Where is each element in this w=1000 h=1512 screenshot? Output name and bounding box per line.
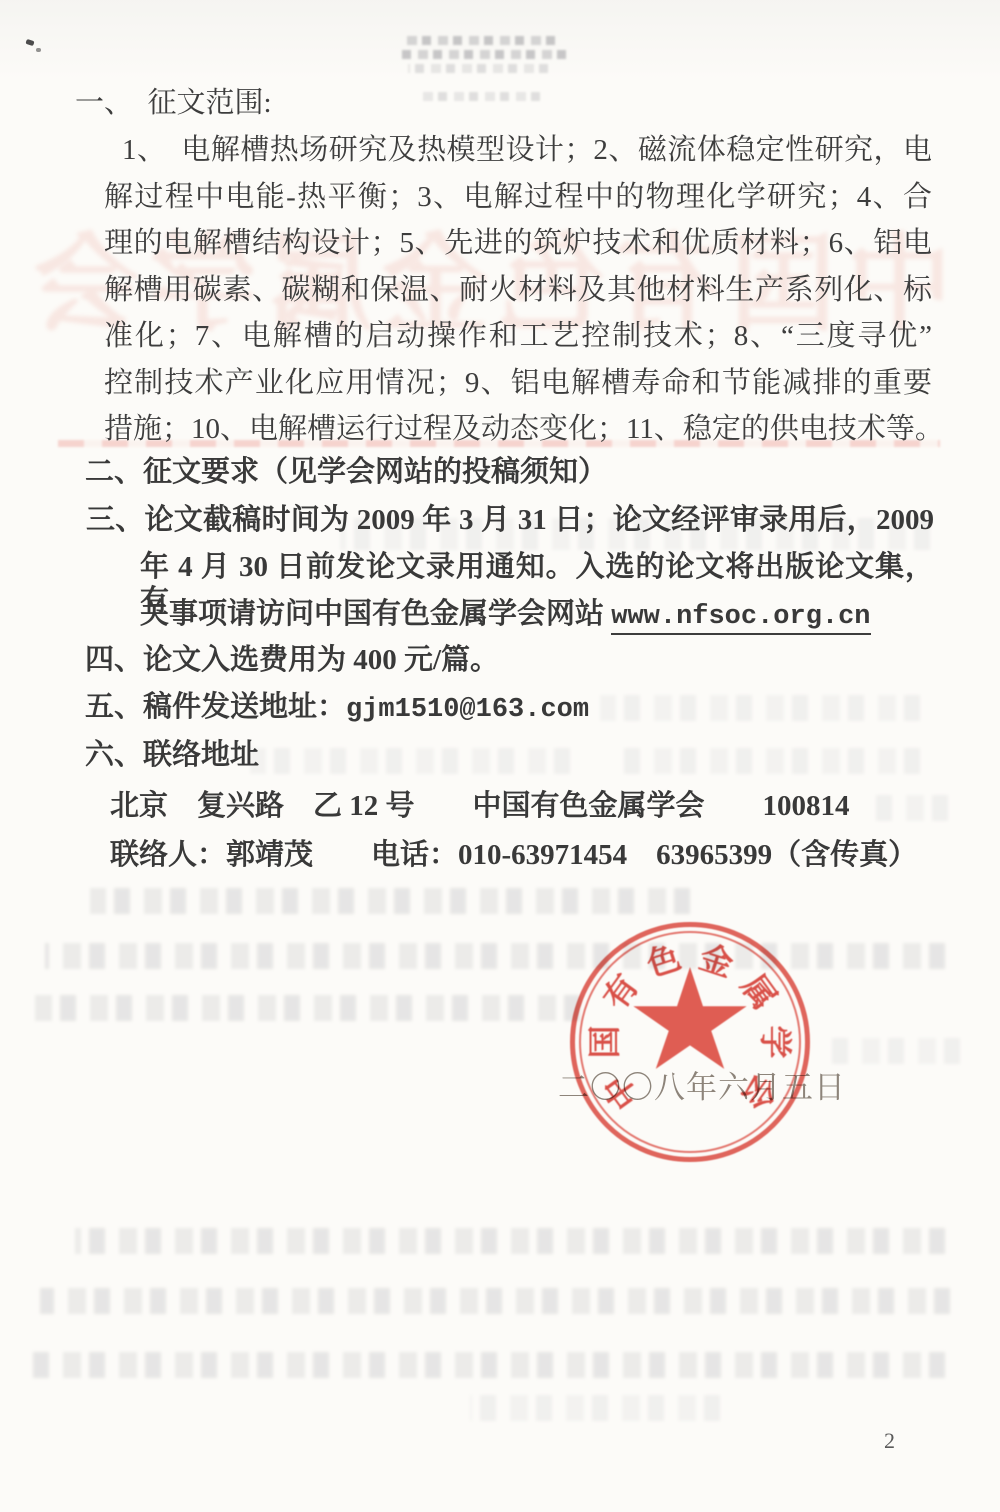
section-3-line: 三、论文截稿时间为 2009 年 3 月 31 日；论文经评审录用后，2009 bbox=[86, 503, 934, 537]
bleedthrough-row bbox=[408, 64, 548, 73]
scanned-document-page: 中国有色金属学会 一、 征文范围: 1、 电解槽热场研究及热模型设计；2、磁流体… bbox=[0, 0, 1000, 1512]
bleedthrough-row bbox=[40, 1288, 950, 1314]
scope-list-line: 控制技术产业化应用情况；9、铝电解槽寿命和节能减排的重要 bbox=[104, 366, 932, 400]
bleedthrough-row bbox=[30, 1352, 945, 1378]
bleedthrough-row bbox=[830, 1038, 960, 1064]
scan-speck bbox=[36, 48, 41, 52]
bleedthrough-row bbox=[90, 888, 690, 914]
bleedthrough-row bbox=[45, 943, 945, 969]
section-6-heading: 六、联络地址 bbox=[85, 738, 259, 772]
bleedthrough-row bbox=[868, 795, 948, 821]
section-4-heading: 四、论文入选费用为 400 元/篇。 bbox=[85, 643, 499, 677]
scope-list-line: 1、 电解槽热场研究及热模型设计；2、磁流体稳定性研究，电 bbox=[104, 133, 932, 167]
bleedthrough-row bbox=[398, 50, 566, 59]
section-5-prefix: 五、稿件发送地址： bbox=[85, 691, 346, 723]
scan-speck bbox=[25, 39, 34, 46]
section-1-heading: 一、 征文范围: bbox=[75, 86, 272, 120]
bleedthrough-row bbox=[420, 92, 540, 101]
submission-email: gjm1510@163.com bbox=[346, 695, 589, 725]
scope-list-line: 准化；7、电解槽的启动操作和工艺控制技术；8、“三度寻优” bbox=[104, 319, 932, 353]
bleedthrough-row bbox=[470, 1395, 720, 1421]
seal-char: 国 bbox=[588, 1024, 624, 1060]
contact-line: 联络人：郭靖茂 电话：010-63971454 63965399（含传真） bbox=[110, 838, 917, 872]
seal-char: 学 bbox=[756, 1024, 792, 1060]
bleedthrough-row bbox=[75, 1228, 945, 1254]
section-3-line: 关事项请访问中国有色金属学会网站 www.nfsoc.org.cn bbox=[140, 597, 871, 634]
scope-list-line: 措施；10、电解槽运行过程及动态变化；11、稳定的供电技术等。 bbox=[104, 412, 932, 446]
scope-list-line: 解槽用碳素、碳糊和保温、耐火材料及其他材料生产系列化、标 bbox=[104, 273, 932, 307]
section-5-heading: 五、稿件发送地址：gjm1510@163.com bbox=[85, 690, 589, 727]
bleedthrough-row bbox=[600, 695, 920, 721]
scope-list-line: 解过程中电能-热平衡；3、电解过程中的物理化学研究；4、合 bbox=[104, 180, 932, 214]
society-website-url: www.nfsoc.org.cn bbox=[611, 602, 870, 635]
address-line: 北京 复兴路 乙 12 号 中国有色金属学会 100814 bbox=[110, 789, 850, 823]
bleedthrough-row bbox=[250, 748, 570, 774]
bleedthrough-row bbox=[620, 748, 920, 774]
page-number: 2 bbox=[884, 1428, 895, 1454]
section-2-heading: 二、征文要求（见学会网站的投稿须知） bbox=[85, 455, 607, 489]
bleedthrough-row bbox=[405, 36, 555, 45]
bleedthrough-row bbox=[35, 995, 580, 1021]
section-3-line-prefix: 关事项请访问中国有色金属学会网站 bbox=[140, 598, 611, 630]
scope-list-line: 理的电解槽结构设计；5、先进的筑炉技术和优质材料；6、铝电 bbox=[104, 226, 932, 260]
official-red-seal: 中 国 有 色 金 属 学 会 bbox=[570, 922, 810, 1162]
